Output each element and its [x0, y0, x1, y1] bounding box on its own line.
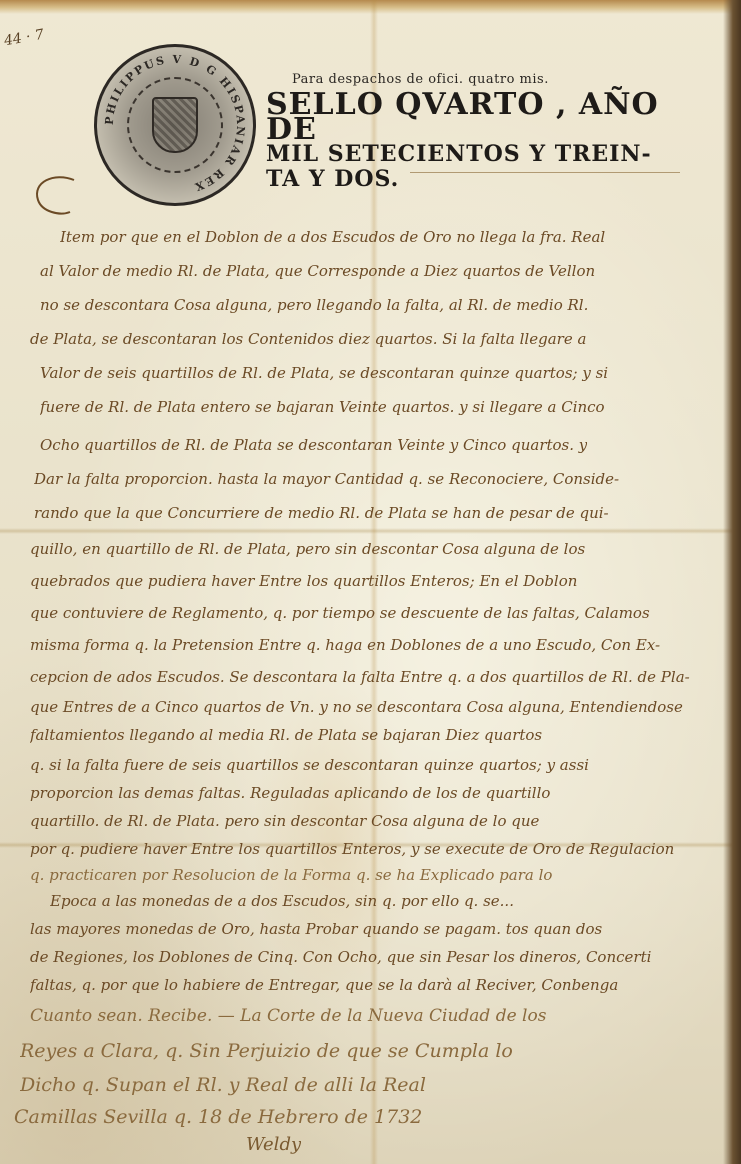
stamp-title-line-3: TA Y DOS.: [266, 167, 706, 192]
royal-seal-stamp: PHILIPPUS V D G HISPANIAR REX: [94, 44, 256, 206]
handwritten-line: misma forma q. la Pretension Entre q. ha…: [30, 636, 660, 654]
handwritten-line: quebrados que pudiera haver Entre los qu…: [30, 572, 577, 590]
stamp-title: SELLO QVARTO , AÑO DE MIL SETECIENTOS Y …: [266, 92, 706, 192]
handwritten-line: Item por que en el Doblon de a dos Escud…: [60, 228, 605, 246]
handwritten-line: Dicho q. Supan el Rl. y Real de alli la …: [20, 1074, 426, 1096]
handwritten-line: de Regiones, los Doblones de Cinq. Con O…: [30, 948, 651, 966]
signature: Weldy: [246, 1134, 301, 1155]
handwritten-line: fuere de Rl. de Plata entero se bajaran …: [40, 398, 605, 416]
handwritten-line: Cuanto sean. Recibe. — La Corte de la Nu…: [30, 1006, 546, 1026]
handwritten-line: por q. pudiere haver Entre los quartillo…: [30, 840, 674, 858]
handwritten-line: rando que la que Concurriere de medio Rl…: [34, 504, 609, 522]
handwritten-line: no se descontara Cosa alguna, pero llega…: [40, 296, 588, 314]
corner-annotation: 44 · 7: [3, 27, 45, 50]
handwritten-line: quartillo. de Rl. de Plata. pero sin des…: [30, 812, 539, 830]
stamp-title-line-2: MIL SETECIENTOS Y TREIN-: [266, 142, 706, 167]
binding-edge: [723, 0, 741, 1164]
handwritten-line: faltas, q. por que lo habiere de Entrega…: [30, 976, 618, 994]
handwritten-line: que contuviere de Reglamento, q. por tie…: [30, 604, 650, 622]
stamp-purpose-line: Para despachos de ofici. quatro mis.: [292, 72, 549, 87]
handwritten-line: cepcion de ados Escudos. Se descontara l…: [30, 668, 690, 686]
handwritten-line: Valor de seis quartillos de Rl. de Plata…: [40, 364, 608, 382]
handwritten-line: Epoca a las monedas de a dos Escudos, si…: [50, 892, 514, 910]
handwritten-line: las mayores monedas de Oro, hasta Probar…: [30, 920, 602, 938]
handwritten-line: Dar la falta proporcion. hasta la mayor …: [34, 470, 619, 488]
handwritten-line: Camillas Sevilla q. 18 de Hebrero de 173…: [14, 1106, 422, 1128]
handwritten-line: q. si la falta fuere de seis quartillos …: [30, 756, 589, 774]
handwritten-line: faltamientos llegando al media Rl. de Pl…: [30, 726, 542, 744]
handwritten-line: Ocho quartillos de Rl. de Plata se desco…: [40, 436, 587, 454]
printed-rule: [410, 172, 680, 173]
coat-of-arms-icon: [152, 97, 198, 153]
handwritten-line: al Valor de medio Rl. de Plata, que Corr…: [40, 262, 595, 280]
handwritten-line: q. practicaren por Resolucion de la Form…: [30, 866, 552, 884]
manuscript-page: 44 · 7 PHILIPPUS V D G HISPANIAR REX Par…: [0, 0, 741, 1164]
handwritten-line: que Entres de a Cinco quartos de Vn. y n…: [30, 698, 683, 716]
handwritten-line: de Plata, se descontaran los Contenidos …: [30, 330, 586, 348]
handwritten-line: proporcion las demas faltas. Reguladas a…: [30, 784, 550, 802]
handwritten-line: Reyes a Clara, q. Sin Perjuizio de que s…: [20, 1040, 513, 1062]
handwritten-line: quillo, en quartillo de Rl. de Plata, pe…: [30, 540, 585, 558]
stamp-title-line-1: SELLO QVARTO , AÑO DE: [266, 92, 706, 142]
initial-flourish-icon: [24, 172, 84, 222]
